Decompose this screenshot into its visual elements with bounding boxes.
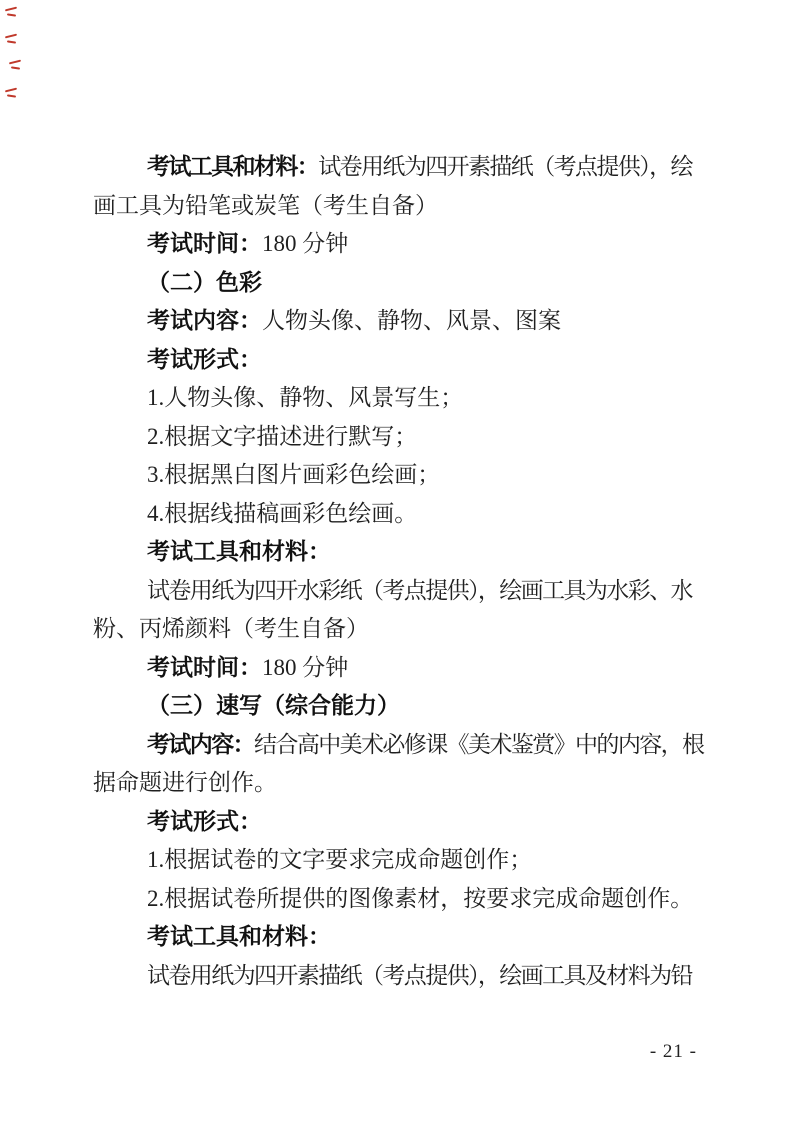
- red-mark-icon: [5, 88, 19, 99]
- line-text: 180 分钟: [262, 231, 348, 256]
- bold-label: 考试时间：: [147, 231, 262, 256]
- line-text: 试卷用纸为四开素描纸（考点提供），绘画工具及材料为铅: [147, 963, 692, 988]
- text-line: 考试形式：: [93, 803, 703, 842]
- line-text: 1.根据试卷的文字要求完成命题创作；: [147, 847, 532, 872]
- bold-label: （三）速写（综合能力）: [147, 693, 400, 718]
- line-text: 人物头像、静物、风景、图案: [262, 308, 561, 333]
- text-line: 4.根据线描稿画彩色绘画。: [93, 495, 703, 534]
- text-line: 据命题进行创作。: [93, 764, 703, 803]
- bold-label: 考试工具和材料：: [147, 539, 331, 564]
- bold-label: 考试形式：: [147, 809, 262, 834]
- text-line: 试卷用纸为四开水彩纸（考点提供），绘画工具为水彩、水: [93, 572, 703, 611]
- document-page: 考试工具和材料：试卷用纸为四开素描纸（考点提供），绘画工具为铅笔或炭笔（考生自备…: [0, 0, 794, 1123]
- red-mark-icon: [5, 34, 19, 45]
- red-mark-icon: [9, 60, 23, 71]
- text-line: 1.根据试卷的文字要求完成命题创作；: [93, 841, 703, 880]
- page-number: - 21 -: [650, 1041, 697, 1063]
- bold-label: 考试内容：: [147, 308, 262, 333]
- line-text: 1.人物头像、静物、风景写生；: [147, 385, 463, 410]
- bold-label: （二）色彩: [147, 270, 262, 295]
- text-line: 试卷用纸为四开素描纸（考点提供），绘画工具及材料为铅: [93, 957, 703, 996]
- text-line: 考试形式：: [93, 341, 703, 380]
- text-line: 3.根据黑白图片画彩色绘画；: [93, 456, 703, 495]
- text-line: 考试时间：180 分钟: [93, 649, 703, 688]
- line-text: 画工具为铅笔或炭笔（考生自备）: [93, 193, 438, 218]
- bold-label: 考试工具和材料：: [147, 154, 318, 179]
- line-text: 2.根据文字描述进行默写；: [147, 424, 417, 449]
- text-line: 2.根据试卷所提供的图像素材，按要求完成命题创作。: [93, 880, 703, 919]
- bold-label: 考试内容：: [147, 732, 254, 757]
- document-body: 考试工具和材料：试卷用纸为四开素描纸（考点提供），绘画工具为铅笔或炭笔（考生自备…: [93, 148, 703, 995]
- text-line: 考试内容：人物头像、静物、风景、图案: [93, 302, 703, 341]
- text-line: 考试工具和材料：: [93, 918, 703, 957]
- text-line: （三）速写（综合能力）: [93, 687, 703, 726]
- line-text: 4.根据线描稿画彩色绘画。: [147, 501, 417, 526]
- bold-label: 考试工具和材料：: [147, 924, 331, 949]
- text-line: 考试工具和材料：: [93, 533, 703, 572]
- line-text: 结合高中美术必修课《美术鉴赏》中的内容，根: [254, 732, 703, 757]
- line-text: 180 分钟: [262, 655, 348, 680]
- text-line: 粉、丙烯颜料（考生自备）: [93, 610, 703, 649]
- text-line: 考试工具和材料：试卷用纸为四开素描纸（考点提供），绘: [93, 148, 703, 187]
- text-line: 考试时间：180 分钟: [93, 225, 703, 264]
- red-mark-icon: [5, 7, 19, 18]
- line-text: 粉、丙烯颜料（考生自备）: [93, 616, 369, 641]
- line-text: 3.根据黑白图片画彩色绘画；: [147, 462, 440, 487]
- text-line: 画工具为铅笔或炭笔（考生自备）: [93, 187, 703, 226]
- text-line: （二）色彩: [93, 264, 703, 303]
- line-text: 2.根据试卷所提供的图像素材，按要求完成命题创作。: [147, 886, 693, 911]
- bold-label: 考试形式：: [147, 347, 262, 372]
- text-line: 2.根据文字描述进行默写；: [93, 418, 703, 457]
- line-text: 试卷用纸为四开素描纸（考点提供），绘: [318, 154, 692, 179]
- bold-label: 考试时间：: [147, 655, 262, 680]
- text-line: 1.人物头像、静物、风景写生；: [93, 379, 703, 418]
- line-text: 据命题进行创作。: [93, 770, 277, 795]
- text-line: 考试内容：结合高中美术必修课《美术鉴赏》中的内容，根: [93, 726, 703, 765]
- line-text: 试卷用纸为四开水彩纸（考点提供），绘画工具为水彩、水: [147, 578, 692, 603]
